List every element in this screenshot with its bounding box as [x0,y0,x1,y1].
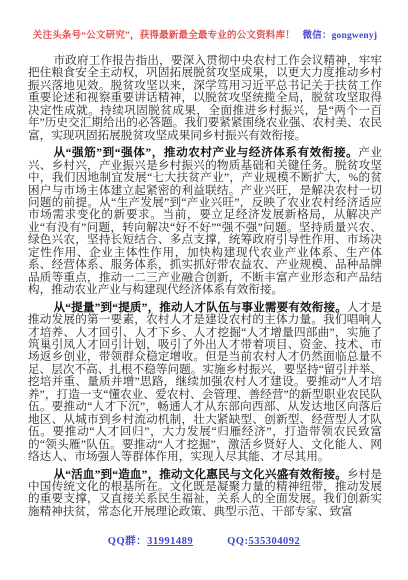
paragraph-lead: 从“提量”到“提质”，推动人才队伍与事业需要有效衔接。 [54,301,347,314]
paragraph-talent: 从“提量”到“提质”，推动人才队伍与事业需要有效衔接。人才是推动发展的第一要素，… [28,302,382,464]
paragraph-lead: 从“活血”到“造血”，推动文化惠民与文化兴盛有效衔接。 [54,468,347,481]
qq-group-label: QQ群： [108,536,147,547]
qq-label: QQ: [227,536,248,547]
paragraph-intro: 市政府工作报告指出，要深入贯彻中央农村工作会议精神，牢牢把住粮食安全主动权，巩固… [28,55,382,142]
header-wechat-contact: 微信：gongwenyj [302,31,377,41]
paragraph-text: 市政府工作报告指出，要深入贯彻中央农村工作会议精神，牢牢把住粮食安全主动权，巩固… [28,54,382,142]
paragraph-industry: 从“强筋”到“强体”，推动农村产业与经济体系有效衔接。产业兴、乡村兴，产业振兴是… [28,147,382,296]
document-page: 关注头条号“公文研究”，获得最新最全最专业的公文资料库！ 微信：gongweny… [0,0,408,580]
paragraph-culture: 从“活血”到“造血”，推动文化惠民与文化兴盛有效衔接。乡村是中国传统文化的根基所… [28,469,382,519]
qq-number-link[interactable]: 535304092 [248,536,300,547]
header-notice: 关注头条号“公文研究”，获得最新最全最专业的公文资料库！ 微信：gongweny… [20,27,390,41]
footer-contact: QQ群：31991489QQ:535304092 [0,533,408,548]
document-body: 市政府工作报告指出，要深入贯彻中央农村工作会议精神，牢牢把住粮食安全主动权，巩固… [28,55,382,518]
paragraph-text: 人才是推动发展的第一要素，农村人才是建设农村的主体力量。我们唱响人才培养、人才回… [28,301,382,463]
paragraph-text: 产业兴、乡村兴，产业振兴是乡村振兴的物质基础和关键任务。脱贫攻坚中，我们因地制宜… [28,146,382,296]
paragraph-lead: 从“强筋”到“强体”，推动农村产业与经济体系有效衔接。 [54,146,359,159]
qq-group-number-link[interactable]: 31991489 [147,536,193,547]
header-notice-text: 关注头条号“公文研究”，获得最新最全最专业的公文资料库！ [33,31,295,41]
